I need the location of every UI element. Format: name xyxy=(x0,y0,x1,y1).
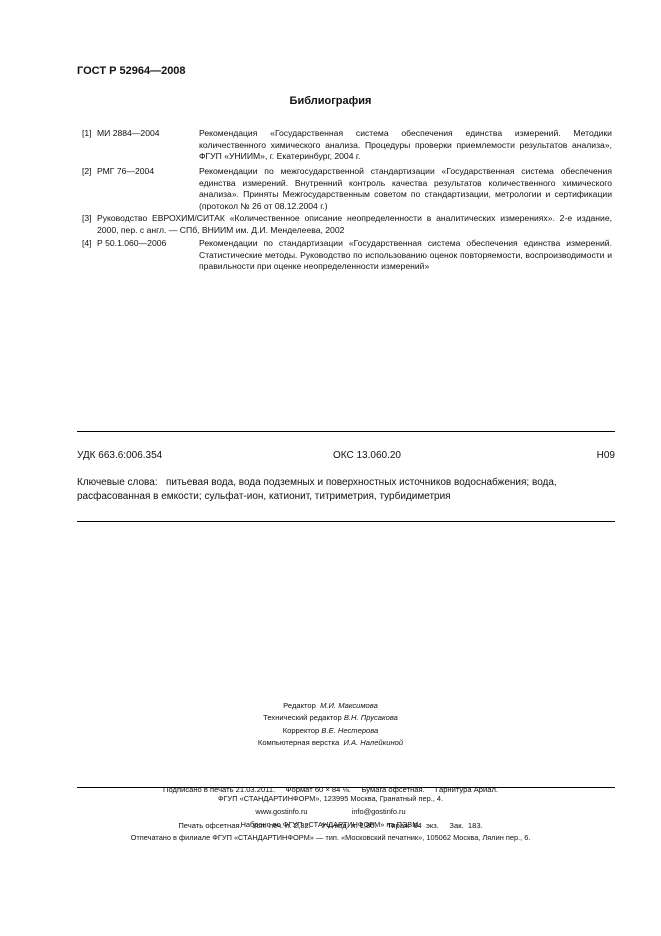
bibliography-entry: [4] Р 50.1.060—2006 Рекомендации по стан… xyxy=(82,238,612,273)
credit-line: Технический редактор В.Н. Прусакова xyxy=(0,712,661,724)
credit-name: В.Н. Прусакова xyxy=(344,713,398,722)
credit-role: Редактор xyxy=(283,701,316,710)
entry-text: Руководство ЕВРОХИМ/СИТАК «Количественно… xyxy=(97,213,612,236)
entry-text: Рекомендация «Государственная система об… xyxy=(199,128,612,163)
entry-text: Рекомендации по межгосударственной станд… xyxy=(199,166,612,212)
credit-line: Компьютерная верстка И.А. Налейкиной xyxy=(0,737,661,749)
keywords-label: Ключевые слова: xyxy=(77,477,158,488)
credit-name: И.А. Налейкиной xyxy=(343,738,403,747)
printed-info: Отпечатано в филиале ФГУП «СТАНДАРТИНФОР… xyxy=(0,831,661,844)
divider xyxy=(77,431,615,432)
bibliography-entry: [3] Руководство ЕВРОХИМ/СИТАК «Количеств… xyxy=(82,213,612,236)
oks-code: ОКС 13.060.20 xyxy=(333,450,401,461)
bibliography-entry: [2] РМГ 76—2004 Рекомендации по межгосуд… xyxy=(82,166,612,212)
website-link[interactable]: www.gostinfo.ru xyxy=(255,807,307,816)
entry-number: [2] xyxy=(82,166,92,178)
credit-line: Редактор М.И. Максимова xyxy=(0,700,661,712)
section-title: Библиография xyxy=(0,95,661,107)
divider xyxy=(77,787,615,788)
publisher-info: ФГУП «СТАНДАРТИНФОРМ», 123995 Москва, Гр… xyxy=(0,792,661,844)
standard-number: ГОСТ Р 52964—2008 xyxy=(77,65,186,77)
entry-number: [1] xyxy=(82,128,92,140)
credit-name: М.И. Максимова xyxy=(320,701,378,710)
typeset-info: Набрано во ФГУП «СТАНДАРТИНФОРМ» на ПЭВМ… xyxy=(0,818,661,831)
credit-name: В.Е. Нестерова xyxy=(321,726,378,735)
entry-number: [3] xyxy=(82,213,92,225)
credits: Редактор М.И. Максимова Технический реда… xyxy=(0,700,661,749)
classification-code: Н09 xyxy=(597,450,615,461)
credit-role: Компьютерная верстка xyxy=(258,738,339,747)
entry-text: Рекомендации по стандартизации «Государс… xyxy=(199,238,612,273)
entry-number: [4] xyxy=(82,238,92,250)
publisher-address: ФГУП «СТАНДАРТИНФОРМ», 123995 Москва, Гр… xyxy=(0,792,661,805)
publisher-contacts: www.gostinfo.ru info@gostinfo.ru xyxy=(0,805,661,818)
email-link[interactable]: info@gostinfo.ru xyxy=(352,807,406,816)
credit-line: Корректор В.Е. Нестерова xyxy=(0,725,661,737)
entry-code: РМГ 76—2004 xyxy=(97,166,154,178)
entry-code: Р 50.1.060—2006 xyxy=(97,238,166,250)
credit-role: Технический редактор xyxy=(263,713,342,722)
udk-code: УДК 663.6:006.354 xyxy=(77,450,162,461)
bibliography-entry: [1] МИ 2884—2004 Рекомендация «Государст… xyxy=(82,128,612,163)
entry-code: МИ 2884—2004 xyxy=(97,128,160,140)
divider xyxy=(77,521,615,522)
keywords: Ключевые слова: питьевая вода, вода подз… xyxy=(77,476,615,503)
credit-role: Корректор xyxy=(283,726,320,735)
